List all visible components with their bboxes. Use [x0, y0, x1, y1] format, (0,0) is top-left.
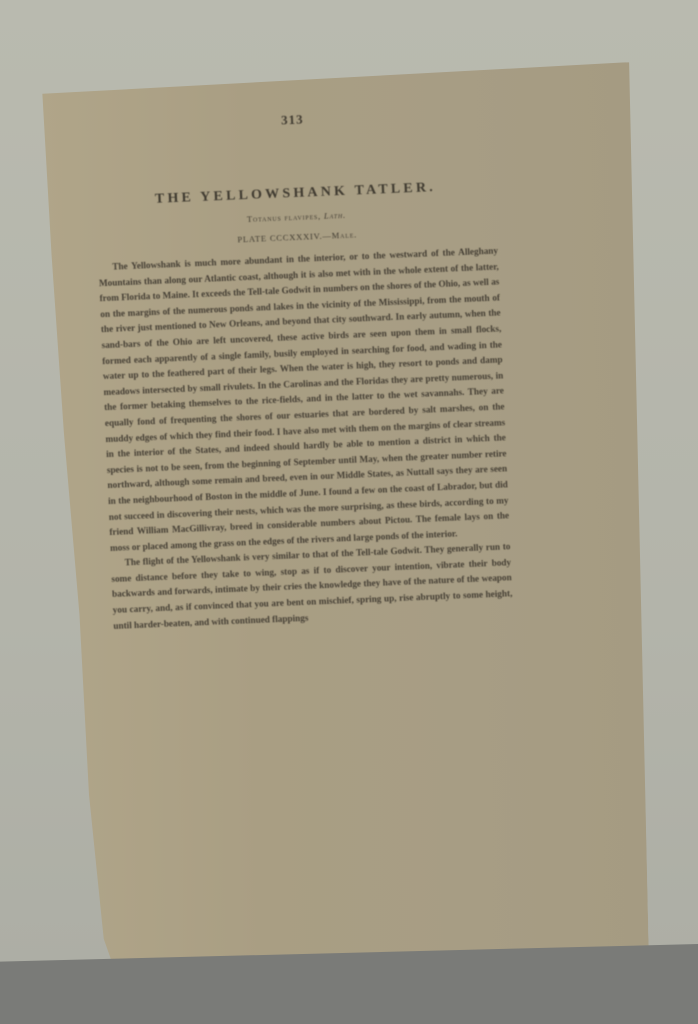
paragraph-1: The Yellowshank is much more abundant in… — [98, 244, 510, 557]
photo-scene: 313 THE YELLOWSHANK TATLER. Totanus flav… — [0, 0, 698, 1024]
floor-strip — [0, 944, 698, 1024]
latin-name: Totanus flavipes, — [247, 211, 321, 224]
latin-authority: Lath. — [324, 210, 346, 221]
page-content: 313 THE YELLOWSHANK TATLER. Totanus flav… — [92, 104, 513, 635]
